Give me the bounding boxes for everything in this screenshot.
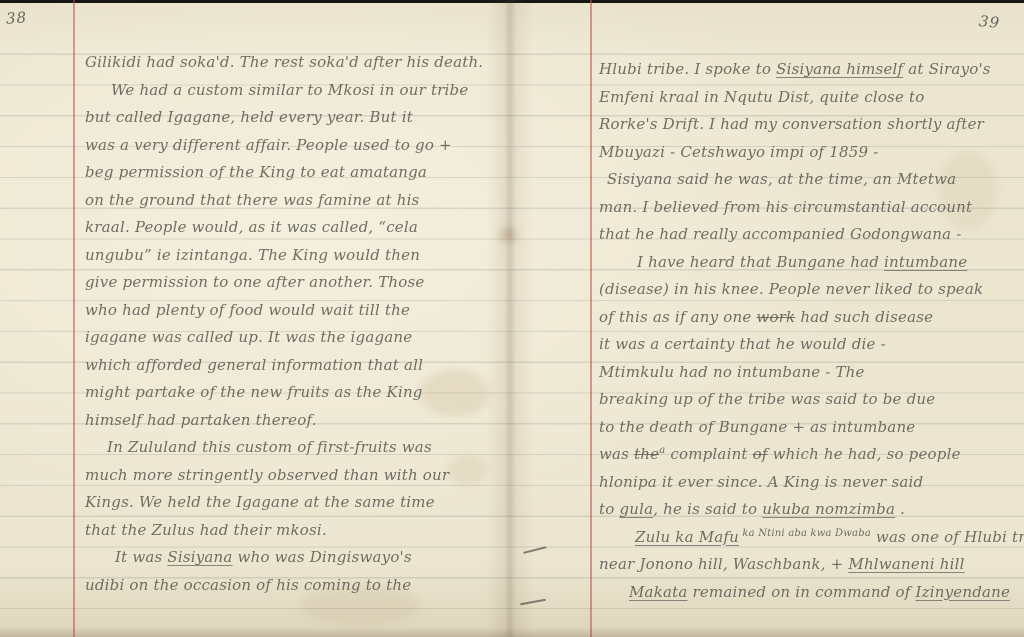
text-segment: beg permission of the King to eat amatan…	[85, 163, 427, 181]
text-segment: it was a certainty that he would die -	[599, 335, 886, 353]
manuscript-line: In Zululand this custom of first-fruits …	[85, 434, 505, 462]
text-segment: complaint	[665, 445, 752, 463]
manuscript-line: man. I believed from his circumstantial …	[599, 194, 1021, 222]
text-segment: We had a custom similar to Mkosi in our …	[111, 81, 468, 99]
text-segment: Zulu ka Mafu	[635, 528, 739, 546]
text-segment: man. I believed from his circumstantial …	[599, 198, 972, 216]
manuscript-line: much more stringently observed than with…	[85, 462, 505, 490]
manuscript-line: breaking up of the tribe was said to be …	[599, 386, 1021, 414]
manuscript-line: himself had partaken thereof.	[85, 407, 505, 435]
manuscript-line: on the ground that there was famine at h…	[85, 187, 505, 215]
text-segment: Emfeni kraal in Nqutu Dist, quite close …	[599, 88, 924, 106]
manuscript-line: to gula, he is said to ukuba nomzimba .	[599, 496, 1021, 524]
text-segment: who had plenty of food would wait till t…	[85, 301, 410, 319]
text-segment: Kings. We held the Igagane at the same t…	[85, 493, 435, 511]
manuscript-line: Rorke's Drift. I had my conversation sho…	[599, 111, 1021, 139]
margin-line-left-page	[73, 0, 75, 637]
text-segment: ungubu” ie izintanga. The King would the…	[85, 246, 420, 264]
manuscript-line: who had plenty of food would wait till t…	[85, 297, 505, 325]
manuscript-line: but called Igagane, held every year. But…	[85, 104, 505, 132]
manuscript-line: to the death of Bungane + as intumbane	[599, 414, 1021, 442]
manuscript-line: that the Zulus had their mkosi.	[85, 517, 505, 545]
manuscript-line: which afforded general information that …	[85, 352, 505, 380]
manuscript-line: that he had really accompanied Godongwan…	[599, 221, 1021, 249]
text-segment: .	[895, 500, 905, 518]
manuscript-line: was a very different affair. People used…	[85, 132, 505, 160]
scan-bottom-shadow	[0, 627, 1024, 637]
text-segment: Mbuyazi - Cetshwayo impi of 1859 -	[599, 143, 879, 161]
text-segment: udibi on the occasion of his coming to t…	[85, 576, 411, 594]
text-segment: Gilikidi had soka'd. The rest soka'd aft…	[85, 53, 483, 71]
margin-line-right-page	[590, 0, 592, 637]
text-segment: Mhlwaneni hill	[848, 555, 964, 573]
text-segment: was one of Hlubi tribe - lived	[871, 528, 1024, 546]
notebook-scan: 38 39 Gilikidi had soka'd. The rest soka…	[0, 0, 1024, 637]
text-segment: gula	[619, 500, 653, 518]
text-segment: hlonipa it ever since. A King is never s…	[599, 473, 923, 491]
manuscript-line: give permission to one after another. Th…	[85, 269, 505, 297]
manuscript-line: Mtimkulu had no intumbane - The	[599, 359, 1021, 387]
manuscript-line: near Jonono hill, Waschbank, + Mhlwaneni…	[599, 551, 1021, 579]
manuscript-line: kraal. People would, as it was called, “…	[85, 214, 505, 242]
text-segment: Sisiyana said he was, at the time, an Mt…	[607, 170, 956, 188]
text-segment: of this as if any one	[599, 308, 756, 326]
manuscript-line: Sisiyana said he was, at the time, an Mt…	[599, 166, 1021, 194]
manuscript-line: Makata remained on in command of Izinyen…	[599, 579, 1021, 607]
text-segment: to	[599, 500, 619, 518]
text-segment: Sisiyana himself	[776, 60, 903, 78]
manuscript-line: of this as if any one work had such dise…	[599, 304, 1021, 332]
text-segment: Izinyendane	[916, 583, 1011, 601]
text-segment: near Jonono hill, Waschbank, +	[599, 555, 848, 573]
text-segment: , he is said to	[653, 500, 762, 518]
text-segment: igagane was called up. It was the igagan…	[85, 328, 412, 346]
manuscript-line: igagane was called up. It was the igagan…	[85, 324, 505, 352]
manuscript-line: I have heard that Bungane had intumbane	[599, 249, 1021, 277]
text-segment: who was Dingiswayo's	[233, 548, 412, 566]
text-segment: remained on in command of	[688, 583, 916, 601]
text-segment: (disease) in his knee. People never like…	[599, 280, 983, 298]
text-segment: that the Zulus had their mkosi.	[85, 521, 327, 539]
page-number-right: 39	[978, 12, 1001, 32]
text-segment: kraal. People would, as it was called, “…	[85, 218, 418, 236]
text-segment: which afforded general information that …	[85, 356, 423, 374]
text-segment: which he had, so people	[768, 445, 961, 463]
text-segment: was	[599, 445, 634, 463]
text-segment: to the death of Bungane + as intumbane	[599, 418, 915, 436]
text-segment: I have heard that Bungane had	[637, 253, 884, 271]
text-segment: Sisiyana	[167, 548, 232, 566]
manuscript-line: Mbuyazi - Cetshwayo impi of 1859 -	[599, 139, 1021, 167]
manuscript-line: hlonipa it ever since. A King is never s…	[599, 469, 1021, 497]
manuscript-text-left-page: Gilikidi had soka'd. The rest soka'd aft…	[85, 49, 505, 599]
manuscript-line: Kings. We held the Igagane at the same t…	[85, 489, 505, 517]
text-segment: breaking up of the tribe was said to be …	[599, 390, 935, 408]
text-segment: the	[634, 445, 659, 463]
manuscript-line: Gilikidi had soka'd. The rest soka'd aft…	[85, 49, 505, 77]
text-segment: It was	[115, 548, 167, 566]
text-segment: intumbane	[884, 253, 967, 271]
text-segment: of	[753, 445, 768, 463]
text-segment: give permission to one after another. Th…	[85, 273, 424, 291]
text-segment: Hlubi tribe. I spoke to	[599, 60, 776, 78]
text-segment: had such disease	[795, 308, 933, 326]
text-segment: but called Igagane, held every year. But…	[85, 108, 413, 126]
text-segment: work	[756, 308, 795, 326]
text-segment: ka Ntini aba kwa Dwaba	[739, 528, 871, 539]
text-segment: much more stringently observed than with…	[85, 466, 449, 484]
text-segment: Mtimkulu had no intumbane - The	[599, 363, 865, 381]
manuscript-line: ungubu” ie izintanga. The King would the…	[85, 242, 505, 270]
manuscript-line: Hlubi tribe. I spoke to Sisiyana himself…	[599, 56, 1021, 84]
manuscript-line: Zulu ka Mafu ka Ntini aba kwa Dwaba was …	[599, 524, 1021, 552]
manuscript-line: might partake of the new fruits as the K…	[85, 379, 505, 407]
text-segment: In Zululand this custom of first-fruits …	[107, 438, 432, 456]
page-number-left: 38	[5, 8, 27, 27]
manuscript-line: Emfeni kraal in Nqutu Dist, quite close …	[599, 84, 1021, 112]
text-segment: was a very different affair. People used…	[85, 136, 452, 154]
text-segment: ukuba nomzimba	[762, 500, 895, 518]
manuscript-line: It was Sisiyana who was Dingiswayo's	[85, 544, 505, 572]
text-segment: at Sirayo's	[903, 60, 990, 78]
text-segment: on the ground that there was famine at h…	[85, 191, 419, 209]
text-segment: Makata	[629, 583, 688, 601]
text-segment: Rorke's Drift. I had my conversation sho…	[599, 115, 984, 133]
manuscript-line: udibi on the occasion of his coming to t…	[85, 572, 505, 600]
text-segment: that he had really accompanied Godongwan…	[599, 225, 962, 243]
manuscript-text-right-page: Hlubi tribe. I spoke to Sisiyana himself…	[599, 56, 1021, 606]
text-segment: might partake of the new fruits as the K…	[85, 383, 423, 401]
manuscript-line: was thea complaint of which he had, so p…	[599, 441, 1021, 469]
manuscript-line: beg permission of the King to eat amatan…	[85, 159, 505, 187]
manuscript-line: it was a certainty that he would die -	[599, 331, 1021, 359]
manuscript-line: (disease) in his knee. People never like…	[599, 276, 1021, 304]
text-segment: himself had partaken thereof.	[85, 411, 317, 429]
manuscript-line: We had a custom similar to Mkosi in our …	[85, 77, 505, 105]
